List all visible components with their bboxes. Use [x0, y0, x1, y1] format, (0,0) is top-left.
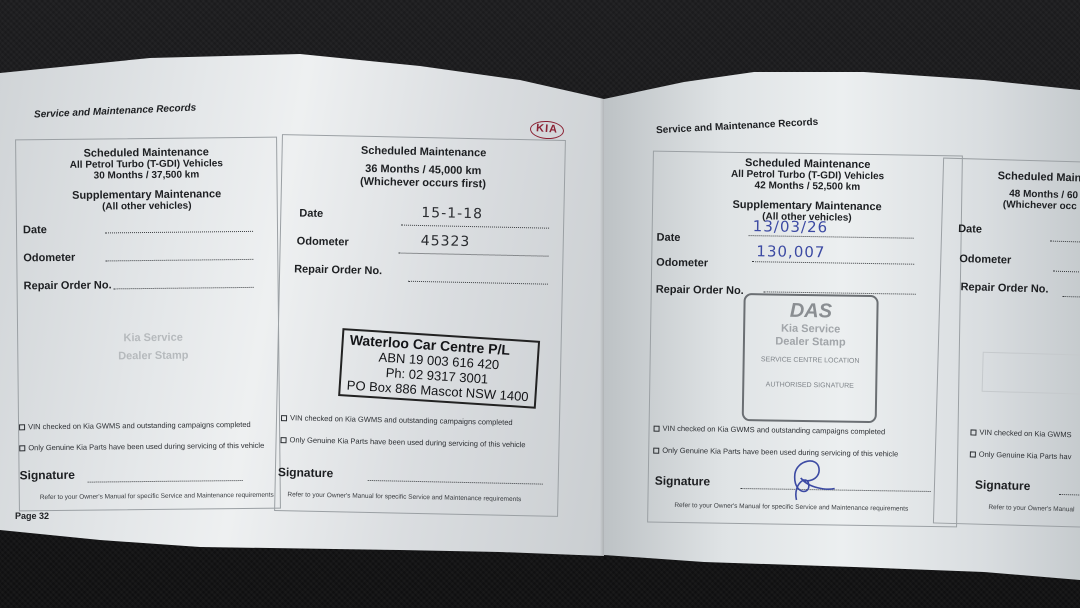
footnote: Refer to your Owner's Manual for specifi… — [674, 502, 908, 513]
repair-order-field[interactable] — [1062, 296, 1080, 299]
signature-label: Signature — [975, 478, 1031, 494]
card-title: Scheduled Maintenance — [283, 143, 565, 161]
checkbox-icon[interactable] — [281, 415, 287, 421]
checkbox-icon[interactable] — [654, 426, 660, 432]
odometer-field[interactable] — [105, 259, 253, 262]
odometer-field[interactable] — [752, 261, 914, 265]
check-label: Only Genuine Kia Parts have been used du… — [289, 435, 525, 449]
odometer-field[interactable] — [1053, 271, 1080, 274]
dealer-stamp-placeholder: Kia Service Dealer Stamp — [78, 328, 228, 366]
left-page: Service and Maintenance Records KIA Sche… — [0, 0, 604, 608]
vin-check[interactable]: VIN checked on Kia GWMS and outstanding … — [654, 424, 886, 437]
genuine-parts-check[interactable]: Only Genuine Kia Parts have been used du… — [653, 446, 898, 459]
genuine-parts-check[interactable]: Only Genuine Kia Parts hav — [970, 449, 1072, 461]
footnote: Refer to your Owner's Manual for specifi… — [40, 492, 274, 501]
dealer-stamp: Waterloo Car Centre P/L ABN 19 003 616 4… — [338, 328, 540, 409]
signature-field[interactable] — [88, 480, 243, 483]
signature-label: Signature — [20, 468, 75, 483]
date-label: Date — [299, 207, 323, 219]
das-logo-icon: DAS — [745, 299, 876, 324]
checkbox-icon[interactable] — [281, 437, 287, 443]
repair-order-field[interactable] — [408, 281, 548, 285]
check-label: Only Genuine Kia Parts have been used du… — [28, 441, 264, 452]
date-label: Date — [656, 232, 680, 244]
authorised-signature: AUTHORISED SIGNATURE — [744, 381, 875, 390]
footnote: Refer to your Owner's Manual — [988, 504, 1074, 513]
vin-check[interactable]: VIN checked on Kia GWMS — [970, 427, 1071, 439]
date-label: Date — [23, 224, 47, 236]
handwritten-signature-icon — [778, 454, 839, 505]
card-subtitle-line: (Whichever occ — [967, 198, 1080, 213]
right-page: Service and Maintenance Records Schedule… — [604, 0, 1080, 608]
stamp-placeholder-line: Kia Service — [78, 328, 228, 348]
repair-order-label: Repair Order No. — [24, 279, 112, 292]
service-card-42-months: Scheduled Maintenance All Petrol Turbo (… — [647, 151, 963, 528]
genuine-parts-check[interactable]: Only Genuine Kia Parts have been used du… — [19, 441, 264, 453]
service-card-48-months: Scheduled Maint 48 Months / 60 (Whicheve… — [933, 158, 1080, 529]
signature-label: Signature — [278, 465, 334, 480]
card-subtitle-line: 30 Months / 37,500 km — [16, 169, 276, 183]
checkbox-icon[interactable] — [19, 445, 25, 451]
odometer-label: Odometer — [959, 253, 1011, 266]
check-label: VIN checked on Kia GWMS and outstanding … — [663, 424, 886, 436]
service-centre-location: SERVICE CENTRE LOCATION — [745, 356, 876, 365]
checkbox-icon[interactable] — [653, 448, 659, 454]
checkbox-icon[interactable] — [970, 451, 976, 457]
check-label: Only Genuine Kia Parts hav — [979, 450, 1072, 462]
odometer-label: Odometer — [297, 235, 349, 248]
handwritten-odometer: 130,007 — [756, 242, 825, 261]
date-label: Date — [958, 223, 982, 236]
date-field[interactable] — [749, 235, 914, 239]
page-header: Service and Maintenance Records — [34, 102, 197, 120]
card-section-sub: (All other vehicles) — [17, 200, 277, 214]
check-label: VIN checked on Kia GWMS and outstanding … — [28, 420, 251, 431]
repair-order-field[interactable] — [114, 287, 254, 289]
handwritten-date: 13/03/26 — [753, 217, 829, 236]
repair-order-label: Repair Order No. — [294, 263, 382, 277]
odometer-field[interactable] — [399, 253, 549, 257]
footnote: Refer to your Owner's Manual for specifi… — [287, 491, 521, 503]
genuine-parts-check[interactable]: Only Genuine Kia Parts have been used du… — [280, 435, 525, 449]
page-number: Page 32 — [15, 511, 49, 521]
card-title: Scheduled Maint — [967, 169, 1080, 185]
service-centre-stamp: DAS Kia Service Dealer Stamp SERVICE CEN… — [742, 293, 879, 423]
check-label: VIN checked on Kia GWMS — [979, 428, 1071, 440]
dealer-stamp-placeholder: Kia Deal — [982, 352, 1080, 396]
page-header: Service and Maintenance Records — [656, 117, 819, 136]
checkbox-icon[interactable] — [19, 424, 25, 430]
check-label: VIN checked on Kia GWMS and outstanding … — [290, 413, 513, 427]
repair-order-label: Repair Order No. — [960, 281, 1048, 295]
vin-check[interactable]: VIN checked on Kia GWMS and outstanding … — [19, 420, 251, 431]
signature-label: Signature — [655, 474, 711, 489]
odometer-label: Odometer — [23, 252, 75, 265]
odometer-label: Odometer — [656, 257, 708, 270]
signature-field[interactable] — [368, 480, 543, 485]
vin-check[interactable]: VIN checked on Kia GWMS and outstanding … — [281, 413, 513, 427]
date-field[interactable] — [105, 231, 253, 234]
service-card-30-months: Scheduled Maintenance All Petrol Turbo (… — [15, 137, 281, 512]
repair-order-label: Repair Order No. — [656, 284, 744, 297]
service-card-36-months: Scheduled Maintenance 36 Months / 45,000… — [274, 134, 566, 517]
date-field[interactable] — [401, 225, 549, 229]
stamp-placeholder-line: Deal — [983, 367, 1080, 385]
checkbox-icon[interactable] — [970, 429, 976, 435]
stamp-line: Dealer Stamp — [745, 335, 876, 350]
handwritten-odometer: 45323 — [421, 233, 471, 250]
signature-field[interactable] — [1059, 494, 1080, 497]
date-field[interactable] — [1050, 241, 1080, 244]
kia-logo-icon: KIA — [529, 120, 564, 140]
stamp-placeholder-line: Dealer Stamp — [78, 346, 228, 366]
handwritten-date: 15-1-18 — [421, 205, 483, 222]
